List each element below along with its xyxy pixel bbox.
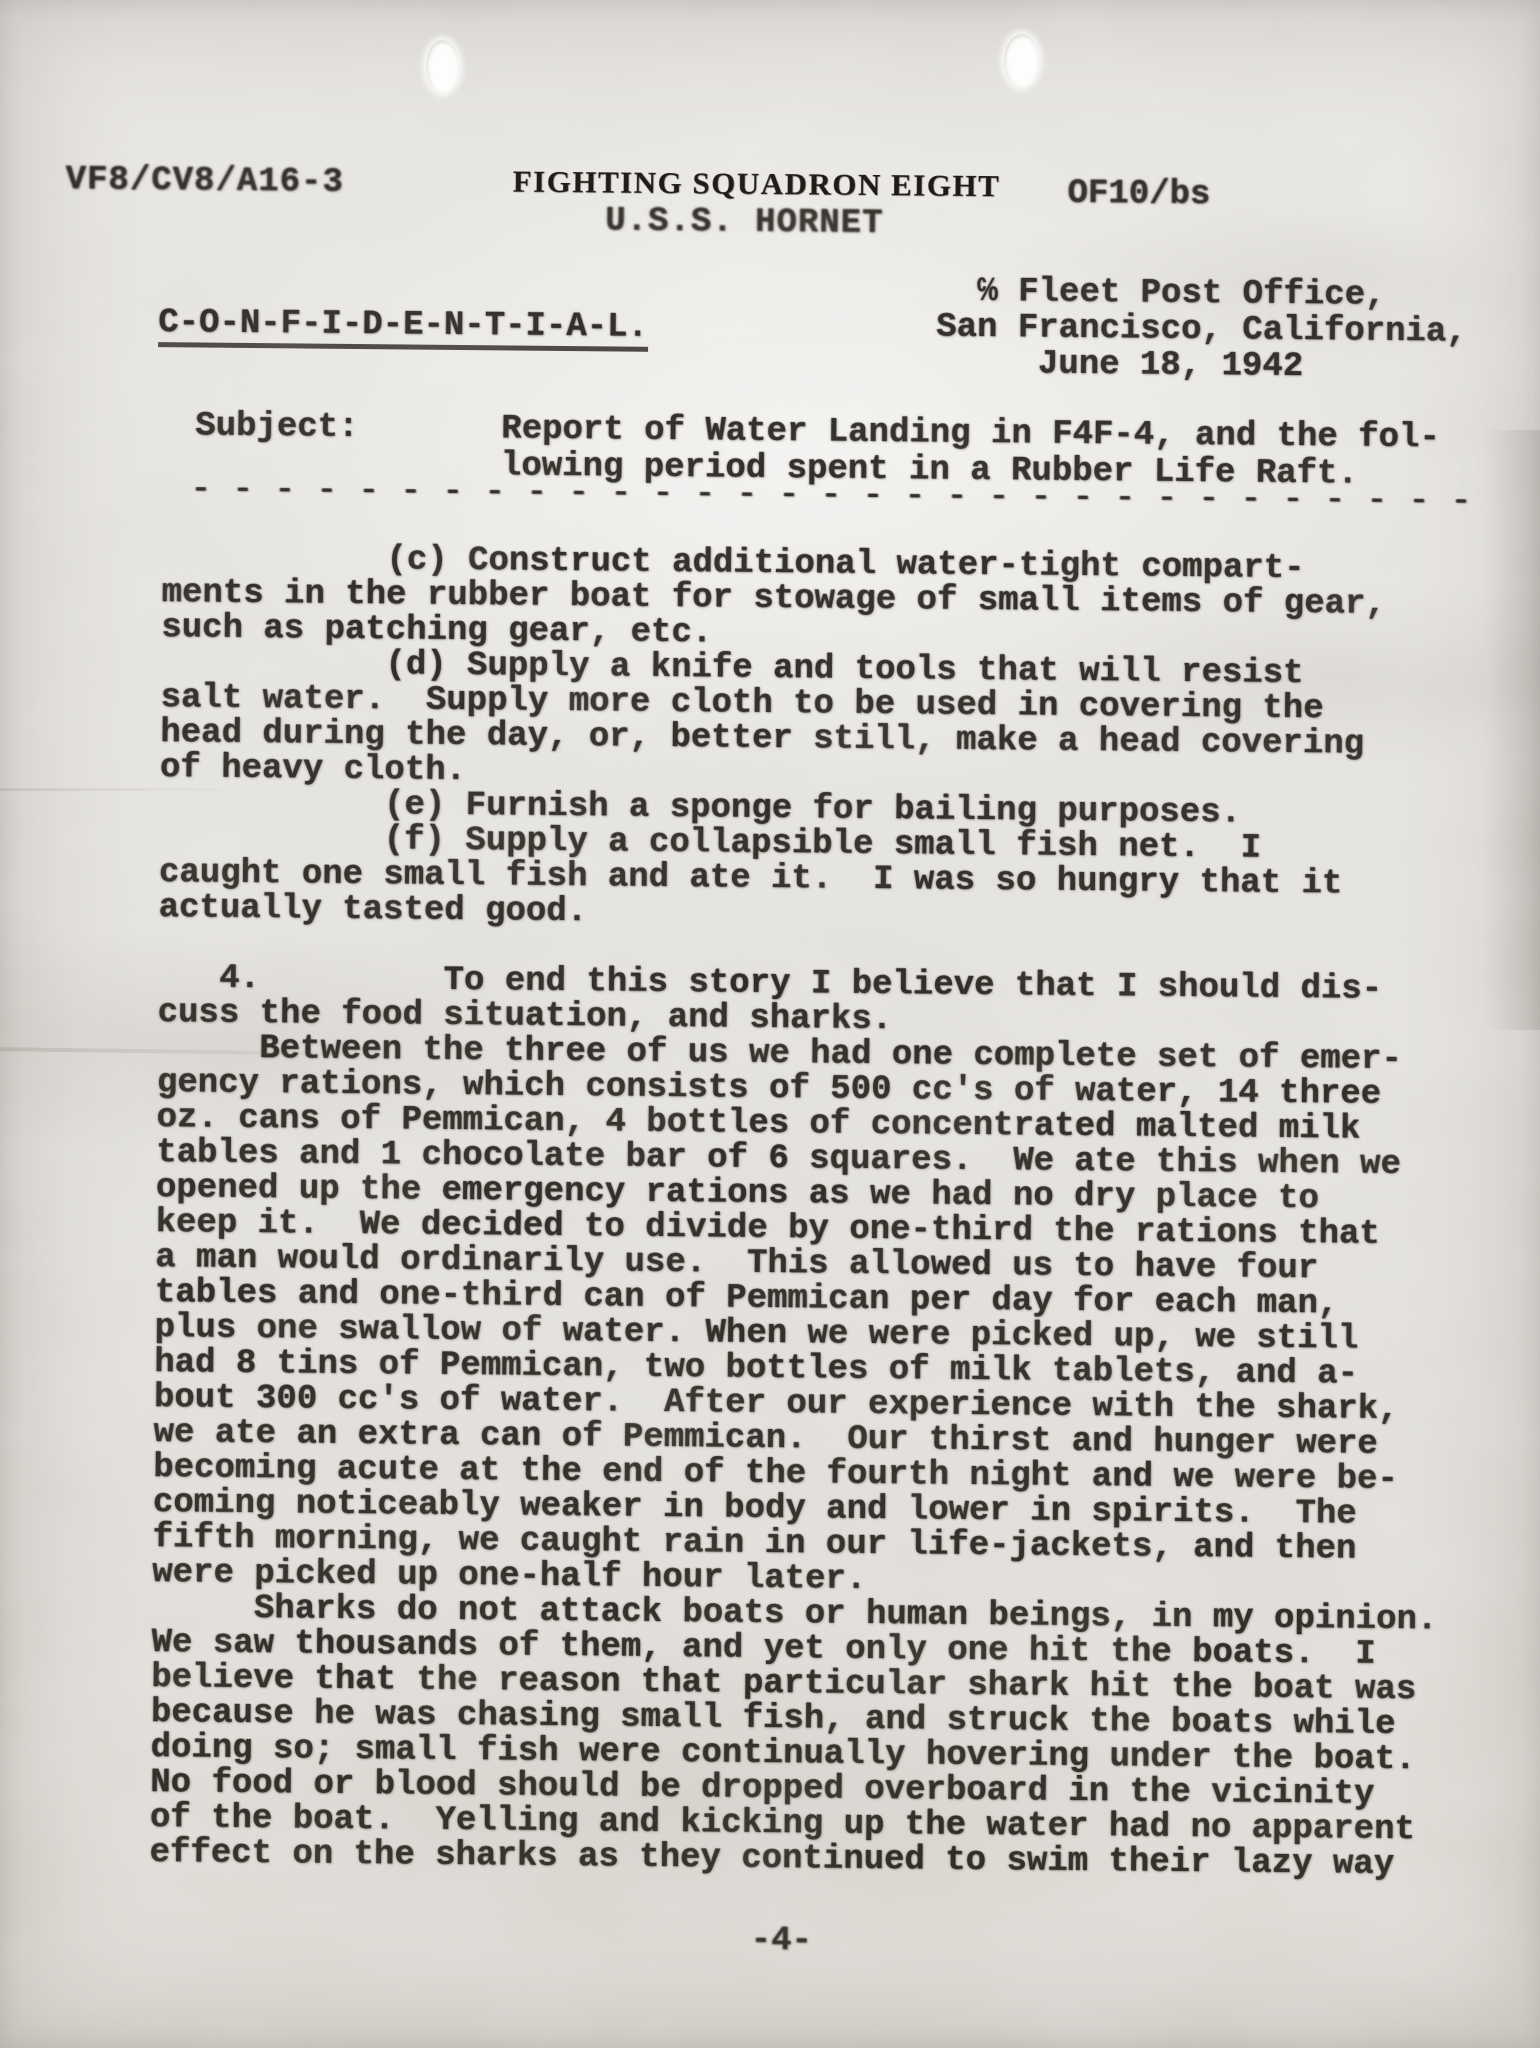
file-reference: VF8/CV8/A16-3	[66, 163, 345, 201]
office-code: OF10/bs	[1067, 177, 1210, 213]
scanned-document-page: VF8/CV8/A16-3 FIGHTING SQUADRON EIGHT U.…	[0, 0, 1540, 2048]
ship-name: U.S.S. HORNET	[605, 204, 884, 242]
punch-hole-right	[1004, 34, 1039, 87]
letterhead-squadron-title: FIGHTING SQUADRON EIGHT	[513, 163, 1001, 204]
page-number: -4-	[751, 1924, 813, 1960]
punch-hole-left	[426, 40, 459, 93]
mailing-address: ℅ Fleet Post Office, San Francisco, Cali…	[936, 274, 1468, 387]
classification-text: C-O-N-F-I-D-E-N-T-I-A-L.	[158, 306, 648, 352]
document-body-text: (c) Construct additional water-tight com…	[149, 541, 1447, 1883]
document-content: VF8/CV8/A16-3 FIGHTING SQUADRON EIGHT U.…	[0, 0, 1540, 2048]
classification-marking: C-O-N-F-I-D-E-N-T-I-A-L.	[158, 306, 648, 352]
